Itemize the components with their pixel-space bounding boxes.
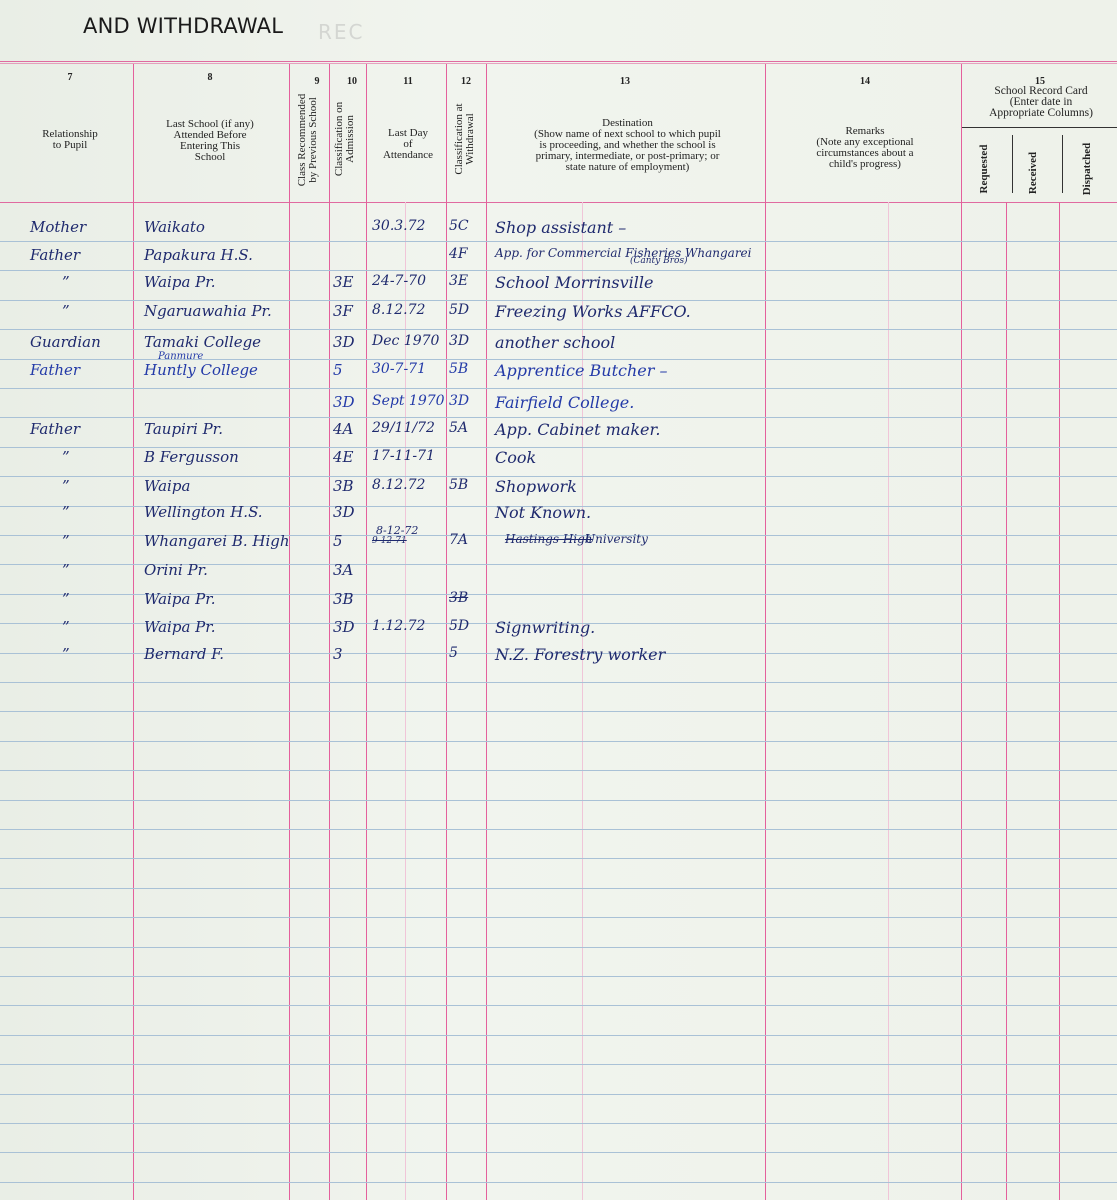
cell-classification-withdrawal: 5D — [449, 618, 469, 634]
cell-relationship: Father — [30, 361, 80, 379]
header-relationship: Relationshipto Pupil — [20, 129, 120, 151]
row-rule — [0, 329, 1117, 330]
cell-last-day: 24-7-70 — [372, 273, 426, 289]
cell-classification-admission: 3D — [333, 333, 355, 351]
subheader-dispatched: Dispatched — [1082, 137, 1094, 201]
cell-classification-withdrawal: 3E — [449, 273, 468, 289]
cell-relationship: ” — [62, 503, 70, 521]
cell-classification-admission: 3B — [333, 590, 354, 608]
header-top-rule-double — [0, 63, 1117, 64]
row-rule — [0, 741, 1117, 742]
row-rule — [0, 917, 1117, 918]
cell-last-school: Waipa Pr. — [144, 273, 216, 291]
bleed-through-text: REC — [318, 20, 365, 44]
row-rule — [0, 1094, 1117, 1095]
column-rule — [765, 64, 766, 1200]
row-rule — [0, 711, 1117, 712]
cell-destination: another school — [495, 333, 615, 352]
cell-destination: Fairfield College. — [495, 393, 634, 412]
cell-destination: Freezing Works AFFCO. — [495, 302, 691, 321]
cell-relationship: ” — [62, 645, 70, 663]
cell-relationship: Father — [30, 246, 80, 264]
cell-last-day-struck: 9-12-71 — [372, 536, 407, 546]
cell-classification-admission: 3F — [333, 302, 353, 320]
header-class-recommended: Class Recommendedby Previous School — [297, 80, 321, 200]
cell-classification-admission: 5 — [333, 532, 343, 550]
row-rule — [0, 1152, 1117, 1153]
header-destination: Destination(Show name of next school to … — [495, 118, 760, 173]
cell-last-school: Waikato — [144, 218, 205, 236]
row-rule — [0, 270, 1117, 271]
header-last-day: Last DayofAttendance — [370, 128, 446, 161]
cell-destination: School Morrinsville — [495, 273, 654, 292]
row-rule — [0, 800, 1117, 801]
cell-last-school: Huntly College — [144, 361, 258, 379]
column-rule — [289, 64, 290, 1200]
cell-relationship: ” — [62, 590, 70, 608]
cell-last-day: 29/11/72 — [372, 420, 435, 436]
cell-classification-admission: 3E — [333, 273, 354, 291]
cell-last-school: Orini Pr. — [144, 561, 208, 579]
cell-destination: App. for Commercial Fisheries Whangarei — [495, 246, 752, 260]
cell-last-day: 17-11-71 — [372, 448, 435, 464]
cell-destination: N.Z. Forestry worker — [495, 645, 665, 664]
cell-last-day: Sept 1970 — [372, 393, 445, 409]
cell-classification-admission: 3D — [333, 503, 355, 521]
cell-destination: Apprentice Butcher – — [495, 361, 667, 380]
header-remarks: Remarks(Note any exceptionalcircumstance… — [770, 126, 960, 170]
cell-classification-admission: 4E — [333, 448, 354, 466]
record-card-separator — [962, 127, 1117, 128]
cell-last-day: 8.12.72 — [372, 477, 425, 493]
cell-classification-admission: 5 — [333, 361, 343, 379]
row-rule — [0, 1035, 1117, 1036]
column-rule — [1059, 202, 1060, 1200]
cell-last-school: Wellington H.S. — [144, 503, 263, 521]
page-title: AND WITHDRAWAL — [83, 14, 283, 38]
cell-classification-withdrawal: 3B — [449, 590, 468, 606]
ledger-page: AND WITHDRAWAL REC 7 8 9 10 11 12 13 14 … — [0, 0, 1117, 1200]
cell-destination: Cook — [495, 448, 536, 467]
row-rule — [0, 1182, 1117, 1183]
cell-classification-admission: 3 — [333, 645, 343, 663]
row-rule — [0, 682, 1117, 683]
column-rule — [1006, 202, 1007, 1200]
header-bottom-rule — [0, 202, 1117, 203]
column-rule — [961, 64, 962, 1200]
faint-column-rule — [888, 202, 889, 1200]
cell-last-school: Waipa — [144, 477, 190, 495]
cell-last-school: Ngaruawahia Pr. — [144, 302, 272, 320]
row-rule — [0, 1123, 1117, 1124]
col-num-8: 8 — [200, 72, 220, 83]
cell-relationship: Father — [30, 420, 80, 438]
row-rule — [0, 947, 1117, 948]
row-rule — [0, 888, 1117, 889]
cell-destination: Not Known. — [495, 503, 591, 522]
cell-relationship: Mother — [30, 218, 86, 236]
cell-classification-admission: 4A — [333, 420, 353, 438]
record-card-divider-1 — [1012, 135, 1013, 193]
cell-classification-withdrawal: 5B — [449, 361, 468, 377]
header-last-school: Last School (if any)Attended BeforeEnter… — [140, 119, 280, 163]
cell-relationship: Guardian — [30, 333, 101, 351]
col-num-11: 11 — [398, 76, 418, 87]
cell-destination: University — [585, 532, 648, 546]
cell-classification-withdrawal: 3D — [449, 393, 469, 409]
cell-last-school: Taupiri Pr. — [144, 420, 223, 438]
cell-relationship: ” — [62, 477, 70, 495]
cell-relationship: ” — [62, 561, 70, 579]
cell-classification-admission: 3A — [333, 561, 353, 579]
header-school-record-card: School Record Card(Enter date inAppropri… — [966, 86, 1116, 119]
row-rule — [0, 300, 1117, 301]
cell-last-school: Waipa Pr. — [144, 590, 216, 608]
row-rule — [0, 858, 1117, 859]
subheader-requested: Requested — [979, 139, 991, 199]
cell-destination: Shopwork — [495, 477, 577, 496]
cell-relationship: ” — [62, 273, 70, 291]
record-card-divider-2 — [1062, 135, 1063, 193]
col-num-13: 13 — [615, 76, 635, 87]
cell-last-school: B Fergusson — [144, 448, 239, 466]
row-rule — [0, 241, 1117, 242]
cell-last-school: Whangarei B. High — [144, 532, 290, 550]
cell-last-day: 8.12.72 — [372, 302, 425, 318]
column-rule — [329, 64, 330, 1200]
cell-classification-withdrawal: 5A — [449, 420, 468, 436]
cell-relationship: ” — [62, 448, 70, 466]
cell-last-school: Tamaki College — [144, 333, 261, 351]
cell-classification-admission: 3D — [333, 618, 355, 636]
cell-classification-withdrawal: 3D — [449, 333, 469, 349]
cell-last-school: Bernard F. — [144, 645, 224, 663]
cell-last-day: 30.3.72 — [372, 218, 425, 234]
cell-relationship: ” — [62, 302, 70, 320]
column-rule — [366, 64, 367, 1200]
cell-destination: Signwriting. — [495, 618, 595, 637]
cell-classification-withdrawal: 4F — [449, 246, 468, 262]
cell-relationship: ” — [62, 532, 70, 550]
cell-classification-withdrawal: 7A — [449, 532, 468, 548]
cell-destination-note: (Canty Bros) — [630, 256, 688, 266]
cell-last-school: Papakura H.S. — [144, 246, 253, 264]
cell-last-day: 30-7-71 — [372, 361, 426, 377]
cell-last-day: 1.12.72 — [372, 618, 425, 634]
cell-last-school: Waipa Pr. — [144, 618, 216, 636]
header-classification-withdrawal: Classification atWithdrawal — [454, 81, 478, 197]
col-num-7: 7 — [60, 72, 80, 83]
cell-destination: Shop assistant – — [495, 218, 626, 237]
row-rule — [0, 417, 1117, 418]
faint-column-rule — [405, 202, 406, 1200]
row-rule — [0, 388, 1117, 389]
cell-last-school-note: Panmure — [158, 351, 203, 362]
column-rule — [486, 64, 487, 1200]
cell-destination: App. Cabinet maker. — [495, 420, 661, 439]
column-rule — [446, 64, 447, 1200]
row-rule — [0, 1005, 1117, 1006]
cell-classification-withdrawal: 5D — [449, 302, 469, 318]
header-classification-admission: Classification onAdmission — [334, 81, 358, 197]
cell-classification-withdrawal: 5B — [449, 477, 468, 493]
row-rule — [0, 1064, 1117, 1065]
column-rule — [133, 64, 134, 1200]
cell-last-day: Dec 1970 — [372, 333, 439, 349]
cell-destination-struck: Hastings High — [505, 532, 593, 546]
cell-classification-withdrawal: 5C — [449, 218, 469, 234]
row-rule — [0, 770, 1117, 771]
header-top-rule — [0, 61, 1117, 62]
row-rule — [0, 976, 1117, 977]
cell-classification-admission: 3D — [333, 393, 355, 411]
subheader-received: Received — [1028, 145, 1040, 201]
col-num-14: 14 — [855, 76, 875, 87]
cell-classification-withdrawal: 5 — [449, 645, 458, 661]
cell-classification-admission: 3B — [333, 477, 354, 495]
cell-relationship: ” — [62, 618, 70, 636]
row-rule — [0, 829, 1117, 830]
